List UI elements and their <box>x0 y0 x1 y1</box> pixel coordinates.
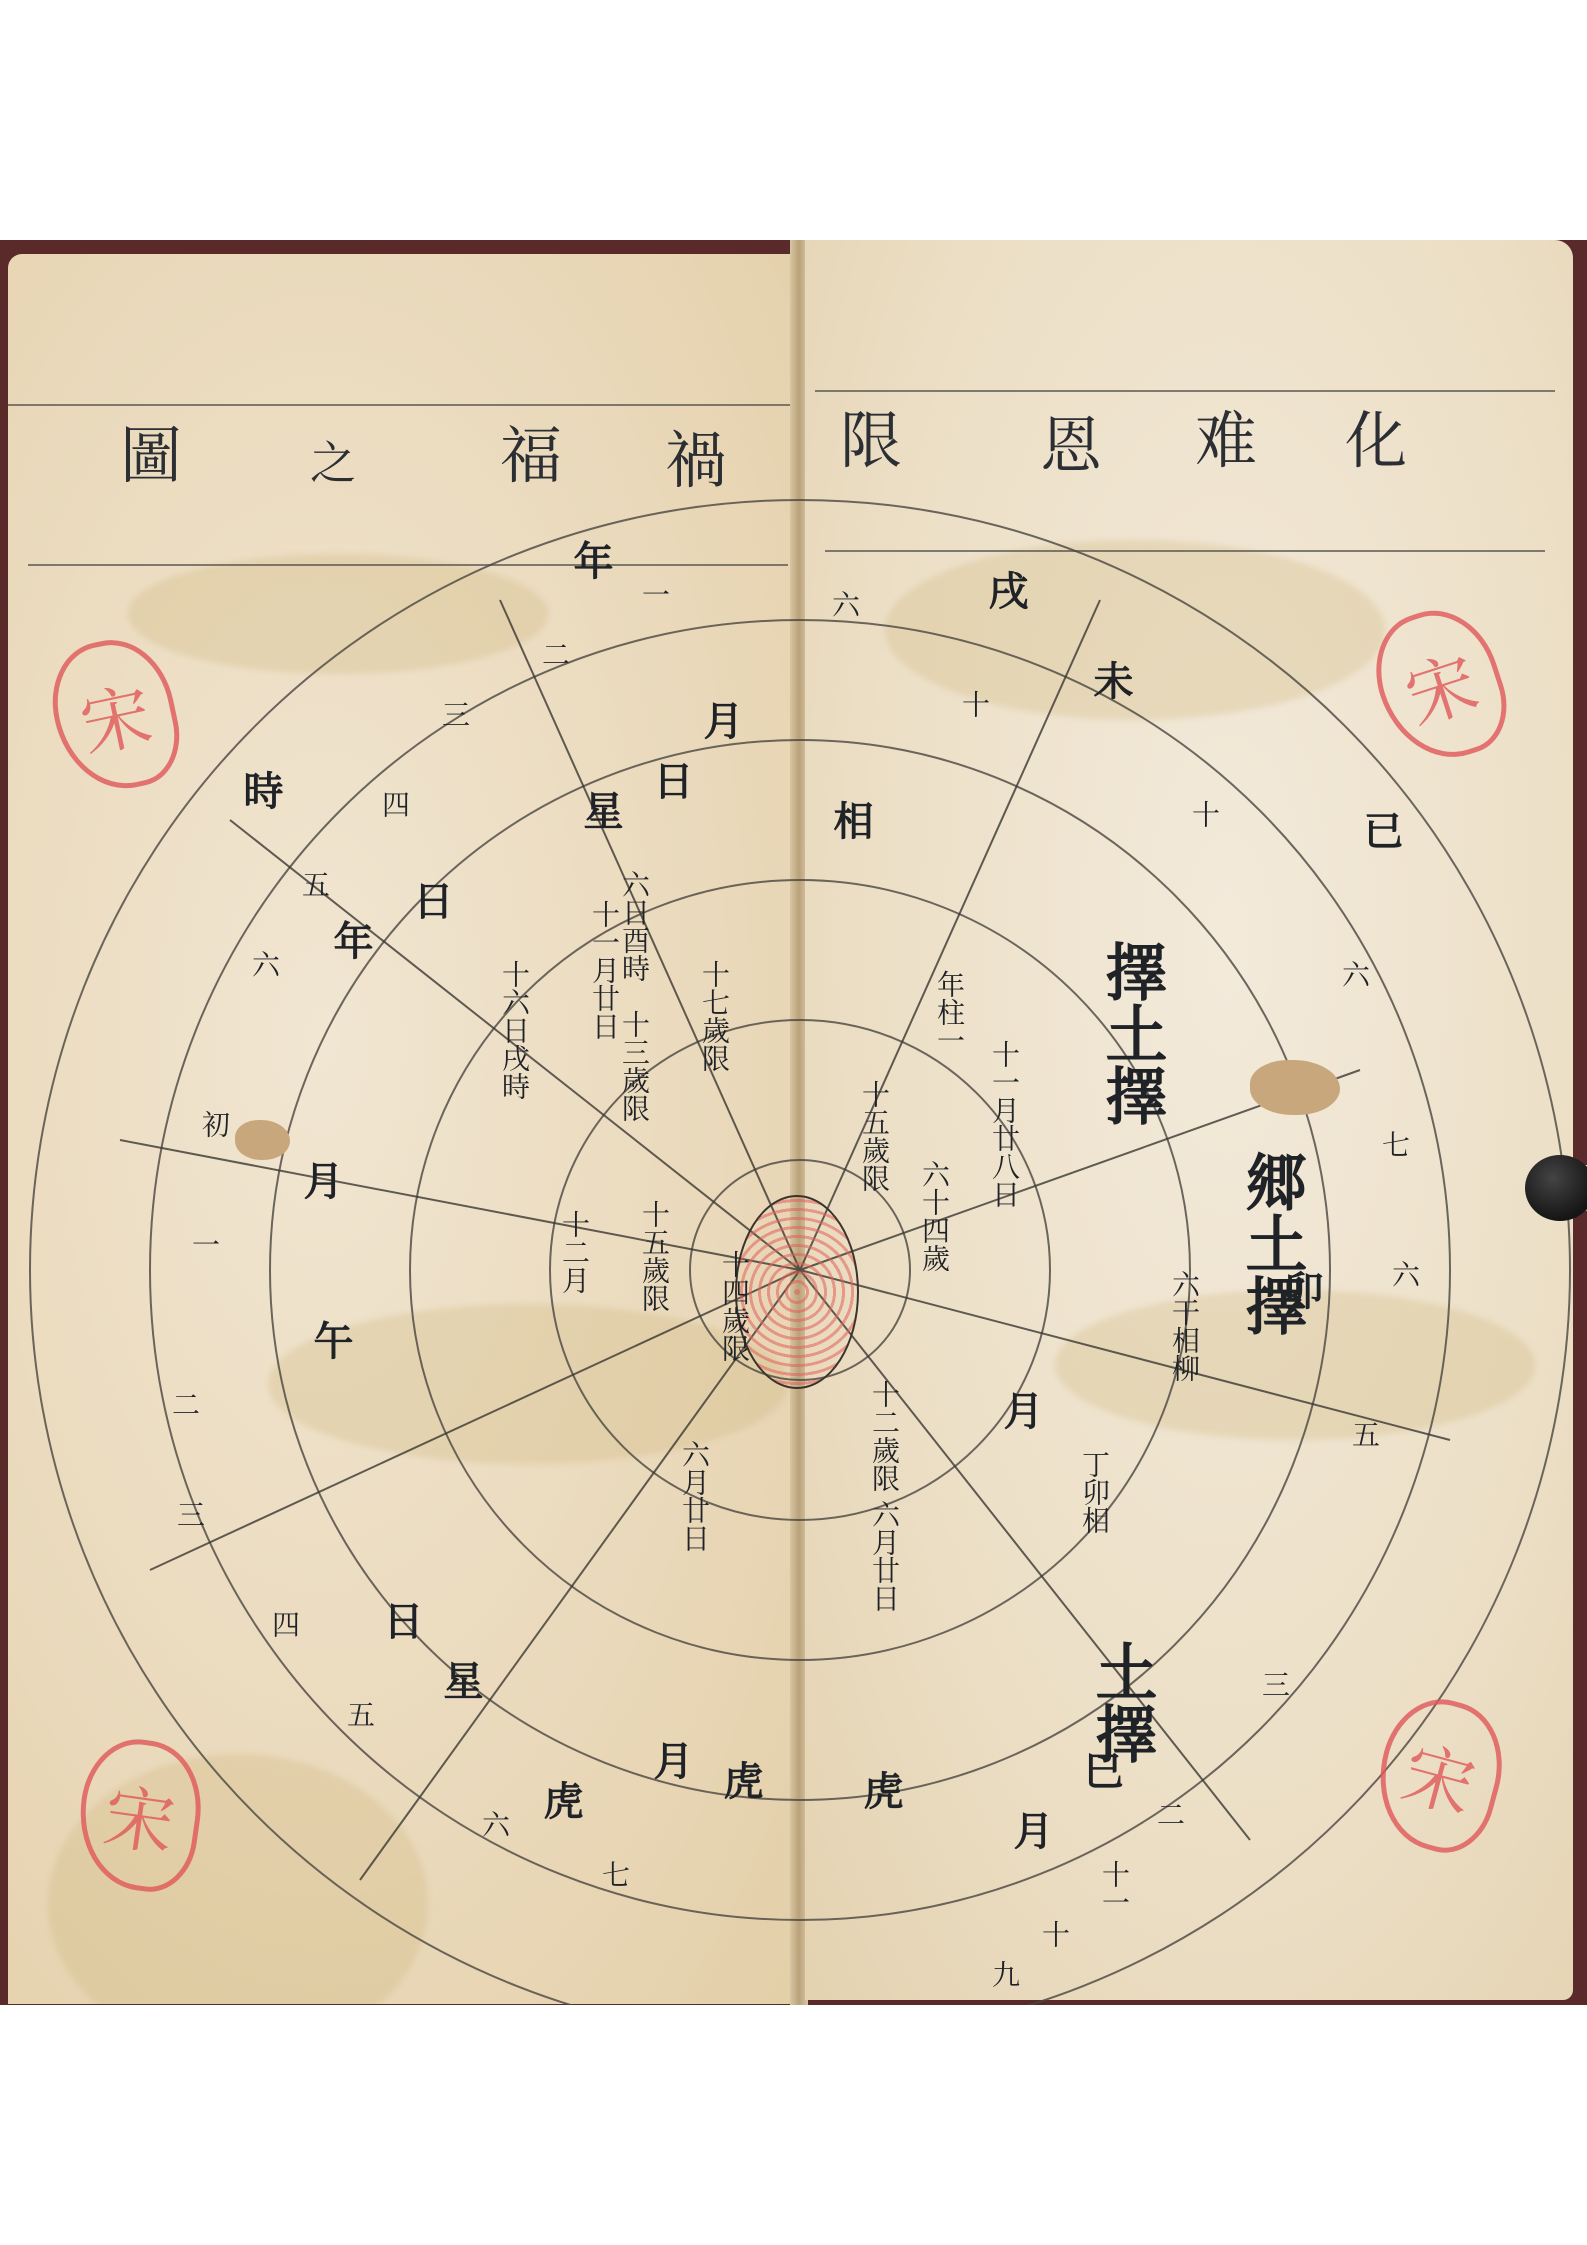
radial-diagram <box>0 240 1587 2005</box>
left-labels-text: 二 <box>170 1390 198 1418</box>
right-labels-text: 十 <box>960 690 988 718</box>
left-labels-text: 日 <box>380 1600 420 1640</box>
left-labels-text: 初 <box>200 1110 228 1138</box>
right-labels-text: 九 <box>990 1960 1018 1988</box>
pen-tip <box>1525 1155 1587 1221</box>
right-inner-columns-text: 十一月廿八日 <box>990 1040 1018 1208</box>
left-inner-columns-text: 十二月 <box>560 1210 588 1294</box>
right-title-char: 化 <box>1345 410 1407 472</box>
left-labels-text: 四 <box>270 1610 298 1638</box>
book-photo: 宋 宋 宋 宋 <box>0 240 1587 2005</box>
right-labels-text: 七 <box>1380 1130 1408 1158</box>
right-inner-columns-text: 丁卯相 <box>1080 1450 1108 1534</box>
left-labels-text: 一 <box>640 580 668 608</box>
left-inner-columns-text: 十五歲限 <box>640 1200 668 1312</box>
left-title-char: 福 <box>500 425 562 487</box>
left-inner-columns-text: 十六日戌時 <box>500 960 528 1100</box>
left-title-char: 禍 <box>665 430 727 492</box>
right-labels-text: 虎 <box>860 1770 900 1810</box>
left-labels-text: 虎 <box>540 1780 580 1820</box>
left-labels-text: 五 <box>345 1700 373 1728</box>
right-inner-columns-text: 六月廿日 <box>870 1500 898 1612</box>
paper-hole <box>1250 1060 1340 1115</box>
bottom-margin <box>0 2005 1587 2245</box>
right-labels-text: 戌 <box>985 570 1025 610</box>
right-labels-text: 十 <box>1040 1920 1068 1948</box>
left-labels-text: 年 <box>570 540 610 580</box>
right-title-char: 恩 <box>1040 415 1102 477</box>
right-labels-text: 十 <box>1190 800 1218 828</box>
right-title-char: 难 <box>1195 410 1257 472</box>
right-big-labels-text: 擇土擇 <box>1100 940 1162 1126</box>
right-labels-text: 六 <box>1390 1260 1418 1288</box>
right-inner-columns-text: 十二歲限 <box>870 1380 898 1492</box>
right-inner-columns-text: 十五歲限 <box>860 1080 888 1192</box>
left-labels-text: 月 <box>300 1160 340 1200</box>
left-labels-text: 月 <box>700 700 740 740</box>
right-labels-text: 十一 <box>1100 1860 1128 1916</box>
right-labels-text: 六 <box>830 590 858 618</box>
right-labels-text: 三 <box>1260 1670 1288 1698</box>
right-inner-columns-text: 六干相柳 <box>1170 1270 1198 1382</box>
left-labels-text: 四 <box>380 790 408 818</box>
left-labels-text: 三 <box>440 700 468 728</box>
left-labels-text: 星 <box>580 790 620 830</box>
right-inner-columns-text: 六十四歲 <box>920 1160 948 1272</box>
right-title-char: 限 <box>840 410 902 472</box>
left-labels-text: 日 <box>410 880 450 920</box>
left-inner-columns-text: 六月廿日 <box>680 1440 708 1552</box>
left-labels-text: 虎 <box>720 1760 760 1800</box>
right-labels-text: 未 <box>1090 660 1130 700</box>
left-title-char: 圖 <box>120 425 182 487</box>
right-labels-text: 五 <box>1350 1420 1378 1448</box>
right-labels-text: 相 <box>830 800 870 840</box>
left-labels-text: 午 <box>310 1320 350 1360</box>
right-big-labels-text: 郷土擇 <box>1240 1150 1302 1336</box>
left-labels-text: 星 <box>440 1660 480 1700</box>
left-labels-text: 日 <box>650 760 690 800</box>
left-labels-text: 六 <box>250 950 278 978</box>
right-big-labels-text: 土擇 <box>1090 1640 1152 1764</box>
left-labels-text: 三 <box>175 1500 203 1528</box>
right-labels-text: 二 <box>1155 1800 1183 1828</box>
left-inner-columns-text: 六日酉時 <box>620 870 648 982</box>
left-labels-text: 七 <box>600 1860 628 1888</box>
left-labels-text: 一 <box>190 1230 218 1258</box>
left-inner-columns-text: 十三歲限 <box>620 1010 648 1122</box>
right-inner-columns-text: 年柱一 <box>935 970 963 1054</box>
right-labels-text: 六 <box>1340 960 1368 988</box>
right-labels-text: 月 <box>1000 1390 1040 1430</box>
left-title-char: 之 <box>310 440 356 486</box>
right-labels-text: 月 <box>1010 1810 1050 1850</box>
left-labels-text: 二 <box>540 640 568 668</box>
left-labels-text: 年 <box>330 920 370 960</box>
left-inner-columns-text: 十一月廿日 <box>590 900 618 1040</box>
center-red-seal <box>735 1195 859 1389</box>
paper-hole <box>235 1120 290 1160</box>
left-inner-columns-text: 十七歲限 <box>700 960 728 1072</box>
left-inner-columns-text: 十四歲限 <box>720 1250 748 1362</box>
left-labels-text: 六 <box>480 1810 508 1838</box>
left-labels-text: 月 <box>650 1740 690 1780</box>
left-labels-text: 五 <box>300 870 328 898</box>
left-labels-text: 時 <box>240 770 280 810</box>
right-labels-text: 已 <box>1360 810 1400 850</box>
